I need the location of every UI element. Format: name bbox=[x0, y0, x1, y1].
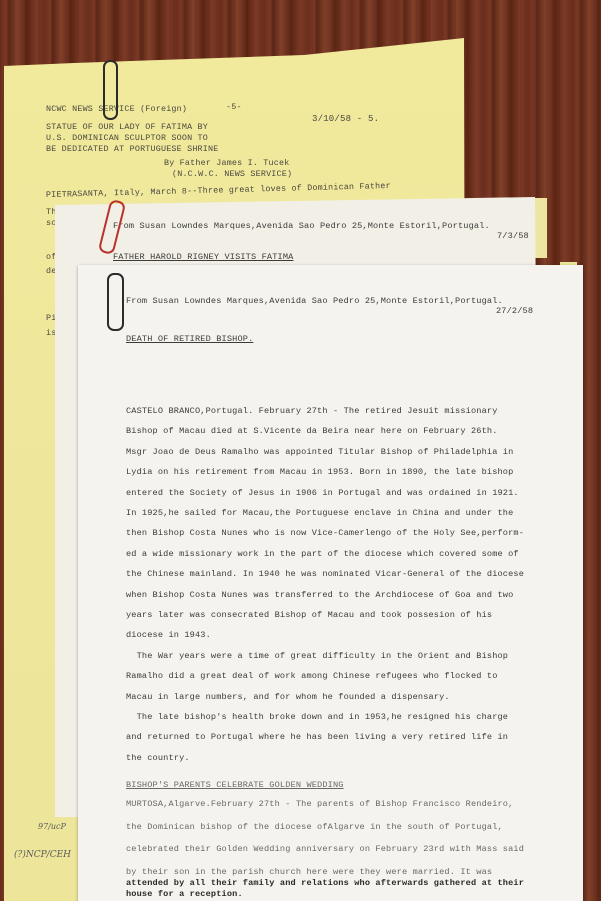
handwritten-note-1: 97/ucP bbox=[38, 822, 66, 831]
second-body-line: the Dominican bishop of the diocese ofAl… bbox=[126, 822, 503, 832]
body-line: ed a wide missionary work in the part of… bbox=[126, 549, 519, 559]
front-page: From Susan Lowndes Marques,Avenida Sao P… bbox=[78, 265, 583, 901]
bold-line: house for a reception. bbox=[126, 889, 243, 899]
second-body-line: by their son in the parish church here w… bbox=[126, 867, 492, 877]
fragment: so bbox=[46, 218, 56, 228]
black-paper-clip-front bbox=[107, 273, 124, 331]
second-body-line: MURTOSA,Algarve.February 27th - The pare… bbox=[126, 799, 513, 809]
body-line: In 1925,he sailed for Macau,the Portugue… bbox=[126, 508, 513, 518]
body-line: diocese in 1943. bbox=[126, 630, 211, 640]
bold-line: attended by all their family and relatio… bbox=[126, 878, 524, 888]
middle-title: FATHER HAROLD RIGNEY VISITS FATIMA bbox=[113, 252, 293, 262]
body-line: the Chinese mainland. In 1940 he was nom… bbox=[126, 569, 524, 579]
fragment: Pi bbox=[46, 313, 56, 323]
second-title: BISHOP'S PARENTS CELEBRATE GOLDEN WEDDIN… bbox=[126, 780, 344, 790]
body-line: CASTELO BRANCO,Portugal. February 27th -… bbox=[126, 406, 498, 416]
body-line: Macau in large numbers, and for whom he … bbox=[126, 692, 450, 702]
body-line: when Bishop Costa Nunes was transferred … bbox=[126, 590, 513, 600]
body-line: and returned to Portugal where he has be… bbox=[126, 732, 508, 742]
front-date: 27/2/58 bbox=[496, 306, 533, 316]
fragment: of bbox=[46, 252, 56, 262]
fragment: Th bbox=[46, 207, 56, 217]
headline-line-2: U.S. DOMINICAN SCULPTOR SOON TO bbox=[46, 133, 208, 143]
body-line: Lydia on his retirement from Macau in 19… bbox=[126, 467, 513, 477]
body-line: Bishop of Macau died at S.Vicente da Bei… bbox=[126, 426, 498, 436]
black-paper-clip bbox=[103, 60, 118, 120]
body-line: Ramalho did a great deal of work among C… bbox=[126, 671, 498, 681]
front-from-line: From Susan Lowndes Marques,Avenida Sao P… bbox=[126, 296, 503, 306]
headline-line-1: STATUE OF OUR LADY OF FATIMA BY bbox=[46, 122, 208, 132]
body-line: years later was consecrated Bishop of Ma… bbox=[126, 610, 492, 620]
body-line: then Bishop Costa Nunes who is now Vice-… bbox=[126, 528, 524, 538]
fragment: is bbox=[46, 328, 56, 338]
front-title: DEATH OF RETIRED BISHOP. bbox=[126, 334, 253, 344]
date-ref: 3/10/58 - 5. bbox=[312, 114, 379, 124]
second-body-line: celebrated their Golden Wedding annivers… bbox=[126, 844, 524, 854]
fragment: de bbox=[46, 266, 56, 276]
byline-agency: (N.C.W.C. NEWS SERVICE) bbox=[172, 169, 292, 179]
body-line: the country. bbox=[126, 753, 190, 763]
body-line: The late bishop's health broke down and … bbox=[126, 712, 508, 722]
lead-line: PIETRASANTA, Italy, March 8--Three great… bbox=[46, 181, 391, 200]
middle-from-line: From Susan Lowndes Marques,Avenida Sao P… bbox=[113, 221, 490, 231]
byline: By Father James I. Tucek bbox=[164, 158, 289, 168]
handwritten-note-2: (?)NCP/CEH bbox=[14, 850, 71, 860]
body-line: entered the Society of Jesus in 1906 in … bbox=[126, 488, 519, 498]
page-marker: -5- bbox=[226, 102, 242, 112]
headline-line-3: BE DEDICATED AT PORTUGUESE SHRINE bbox=[46, 144, 218, 154]
middle-date: 7/3/58 bbox=[497, 231, 529, 241]
body-line: Msgr Joao de Deus Ramalho was appointed … bbox=[126, 447, 513, 457]
body-line: The War years were a time of great diffi… bbox=[126, 651, 508, 661]
